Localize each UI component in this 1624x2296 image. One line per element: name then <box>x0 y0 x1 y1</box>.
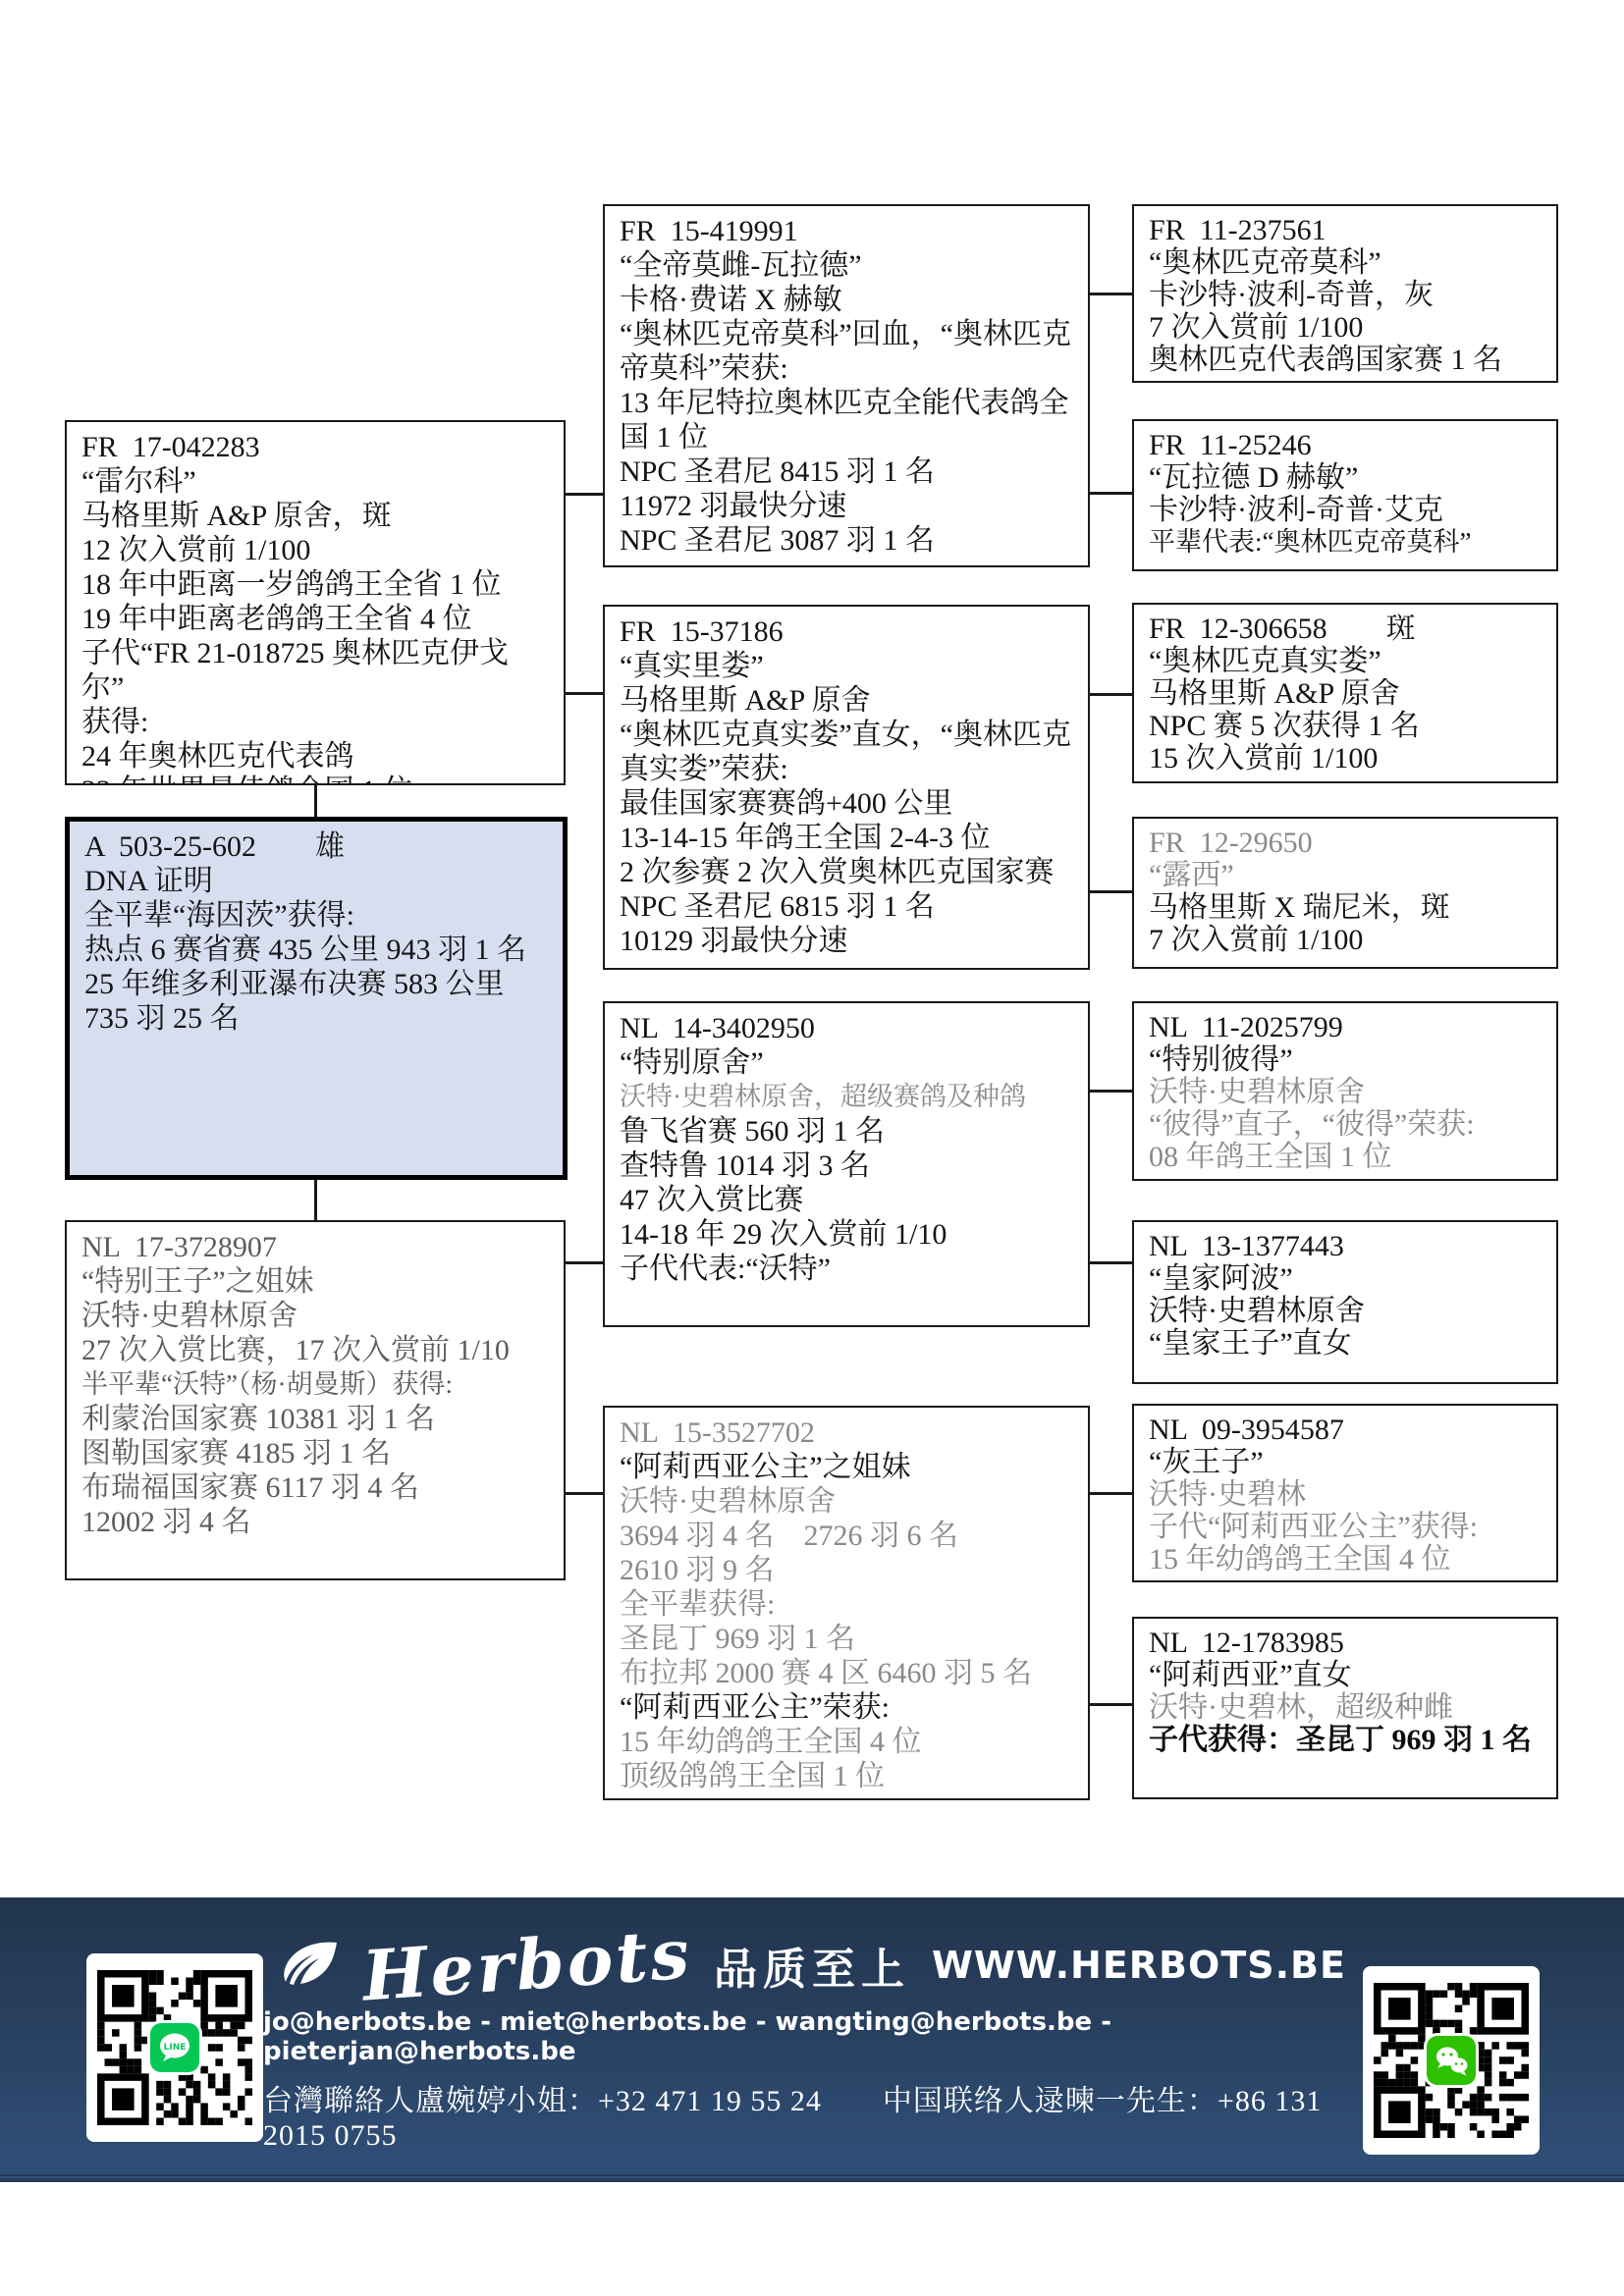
pedigree-line: “特别王子”之姐妹 <box>81 1264 549 1299</box>
pedigree-line: “特别原舍” <box>620 1045 1073 1080</box>
pedigree-line: FR 12-29650 <box>1149 827 1542 859</box>
connector-line <box>566 493 603 496</box>
pedigree-line: NPC 赛 5 次获得 1 名 <box>1149 710 1542 742</box>
pedigree-box-dam-dam-sire: NL 09-3954587“灰王子”沃特·史碧林子代“阿莉西亚公主”获得:15 … <box>1132 1404 1558 1582</box>
pedigree-line: 子代“FR 21-018725 奥林匹克伊戈尔” <box>81 636 549 705</box>
pedigree-line: 15 年幼鸽鸽王全国 4 位 <box>620 1725 1073 1759</box>
pedigree-line: 13-14-15 年鸽王全国 2-4-3 位 <box>620 821 1073 855</box>
brand-tagline: 品质至上 <box>714 1934 910 1997</box>
pedigree-box-sire-sire-sire: FR 11-237561“奥林匹克帝莫科”卡沙特·波利-奇普，灰7 次入赏前 1… <box>1132 204 1558 383</box>
pedigree-line: “奥林匹克真实娄” <box>1149 645 1542 677</box>
pedigree-line: NL 13-1377443 <box>1149 1230 1542 1262</box>
pedigree-box-subject: A 503-25-602 雄DNA 证明全平辈“海因茨”获得:热点 6 赛省赛 … <box>65 817 568 1180</box>
pedigree-line: NPC 圣君尼 8415 羽 1 名 <box>620 454 1073 489</box>
pedigree-line: 全平辈获得: <box>620 1587 1073 1622</box>
pedigree-line: A 503-25-602 雄 <box>84 829 548 864</box>
pedigree-line: 2 次参赛 2 次入赏奥林匹克国家赛 <box>620 855 1073 889</box>
pedigree-line: 沃特·史碧林原舍 <box>1149 1076 1542 1108</box>
line-icon: LINE <box>150 2023 199 2072</box>
pedigree-line: “皇家王子”直女 <box>1149 1327 1542 1360</box>
pedigree-line: “阿莉西亚”直女 <box>1149 1659 1542 1691</box>
pedigree-line: NL 14-3402950 <box>620 1011 1073 1045</box>
footer-center: Herbots 品质至上 WWW.HERBOTS.BE jo@herbots.b… <box>263 1897 1363 2182</box>
pedigree-line: 全平辈“海因茨”获得: <box>84 898 548 933</box>
pedigree-line: 查特鲁 1014 羽 3 名 <box>620 1148 1073 1183</box>
pedigree-line: 2610 羽 9 名 <box>620 1553 1073 1587</box>
pedigree-line: 24 年奥林匹克代表鸽 <box>81 739 549 774</box>
pedigree-line: 沃特·史碧林原舍 <box>620 1484 1073 1519</box>
pedigree-line: “特别彼得” <box>1149 1043 1542 1076</box>
pedigree-line: “阿莉西亚公主”之姐妹 <box>620 1450 1073 1484</box>
brand-row: Herbots 品质至上 WWW.HERBOTS.BE <box>280 1931 1346 2000</box>
connector-line <box>1090 1492 1132 1495</box>
connector-line <box>566 692 603 695</box>
pedigree-line: 马格里斯 X 瑞尼米，斑 <box>1149 891 1542 924</box>
connector-line <box>314 1180 317 1220</box>
pedigree-line: “奥林匹克帝莫科” <box>1149 246 1542 279</box>
footer: LINE Herbots 品质至上 WWW.HERBOTS.BE jo@herb… <box>0 1897 1624 2182</box>
pedigree-line: 沃特·史碧林，超级种雌 <box>1149 1691 1542 1724</box>
pedigree-line: FR 12-306658 斑 <box>1149 613 1542 645</box>
connector-line <box>1090 693 1132 696</box>
feather-icon <box>280 1939 341 1992</box>
contact-line: 台灣聯絡人盧婉婷小姐：+32 471 19 55 24 中国联络人逯暕一先生：+… <box>263 2076 1363 2153</box>
pedigree-line: 布拉邦 2000 赛 4 区 6460 羽 5 名 <box>620 1656 1073 1690</box>
email-list: jo@herbots.be - miet@herbots.be - wangti… <box>263 2007 1363 2066</box>
pedigree-line: 7 次入赏前 1/100 <box>1149 924 1542 956</box>
wechat-qr-code <box>1363 1966 1540 2155</box>
line-qr-code: LINE <box>86 1953 263 2142</box>
pedigree-line: 图勒国家赛 4185 羽 1 名 <box>81 1436 549 1470</box>
brand-logo: Herbots <box>360 1919 694 2010</box>
pedigree-line: FR 15-419991 <box>620 214 1073 248</box>
pedigree-line: 半平辈“沃特”（杨·胡曼斯）获得: <box>81 1367 549 1402</box>
pedigree-line: 马格里斯 A&P 原舍，斑 <box>81 499 549 533</box>
connector-line <box>314 785 317 817</box>
pedigree-line: FR 11-237561 <box>1149 214 1542 246</box>
pedigree-line: 利蒙治国家赛 10381 羽 1 名 <box>81 1402 549 1436</box>
pedigree-line: 卡沙特·波利-奇普，灰 <box>1149 279 1542 311</box>
pedigree-line: 子代“阿莉西亚公主”获得: <box>1149 1511 1542 1543</box>
pedigree-line: NL 11-2025799 <box>1149 1011 1542 1043</box>
pedigree-box-dam-sire-sire: NL 11-2025799“特别彼得”沃特·史碧林原舍“彼得”直子，“彼得”荣获… <box>1132 1001 1558 1181</box>
pedigree-line: “露西” <box>1149 859 1542 891</box>
pedigree-line: 3694 羽 4 名 2726 羽 6 名 <box>620 1519 1073 1553</box>
pedigree-line: 10129 羽最快分速 <box>620 924 1073 958</box>
pedigree-line: 获得: <box>81 705 549 739</box>
wechat-icon <box>1427 2036 1476 2085</box>
pedigree-line: 热点 6 赛省赛 435 公里 943 羽 1 名 <box>84 933 548 967</box>
pedigree-line: 马格里斯 A&P 原舍 <box>1149 677 1542 710</box>
connector-line <box>1090 1703 1132 1706</box>
pedigree-line: “奥林匹克帝莫科”回血，“奥林匹克帝莫科”荣获: <box>620 317 1073 386</box>
connector-line <box>1090 492 1132 495</box>
pedigree-line: 18 年中距离一岁鸽鸽王全省 1 位 <box>81 567 549 602</box>
pedigree-line: 卡沙特·波利-奇普·艾克 <box>1149 494 1542 526</box>
pedigree-box-sire-sire: FR 15-419991“全帝莫雌-瓦拉德”卡格·费诺 X 赫敏“奥林匹克帝莫科… <box>603 204 1090 567</box>
pedigree-line: 奥林匹克代表鸽国家赛 1 名 <box>1149 344 1542 376</box>
pedigree-line: 08 年鸽王全国 1 位 <box>1149 1141 1542 1173</box>
pedigree-line: 顶级鸽鸽王全国 1 位 <box>620 1759 1073 1793</box>
pedigree-line: 13 年尼特拉奥林匹克全能代表鸽全国 1 位 <box>620 386 1073 454</box>
pedigree-line: 25 年维多利亚瀑布决赛 583 公里 735 羽 25 名 <box>84 967 548 1036</box>
pedigree-line: “阿莉西亚公主”荣获: <box>620 1690 1073 1725</box>
pedigree-line: 7 次入赏前 1/100 <box>1149 311 1542 344</box>
pedigree-line: FR 17-042283 <box>81 430 549 464</box>
pedigree-line: 沃特·史碧林原舍 <box>81 1299 549 1333</box>
pedigree-line: DNA 证明 <box>84 864 548 898</box>
pedigree-line: 11972 羽最快分速 <box>620 489 1073 523</box>
pedigree-box-sire: FR 17-042283“雷尔科”马格里斯 A&P 原舍，斑12 次入赏前 1/… <box>65 420 566 785</box>
svg-text:LINE: LINE <box>164 2043 187 2053</box>
pedigree-line: “全帝莫雌-瓦拉德” <box>620 248 1073 283</box>
pedigree-box-sire-sire-dam: FR 11-25246“瓦拉德 D 赫敏”卡沙特·波利-奇普·艾克平辈代表:“奥… <box>1132 419 1558 571</box>
pedigree-box-dam-sire-dam: NL 13-1377443“皇家阿波”沃特·史碧林原舍“皇家王子”直女 <box>1132 1220 1558 1384</box>
pedigree-line: NL 09-3954587 <box>1149 1414 1542 1446</box>
pedigree-line: NPC 圣君尼 3087 羽 1 名 <box>620 523 1073 558</box>
pedigree-line: “彼得”直子，“彼得”荣获: <box>1149 1108 1542 1141</box>
pedigree-line: “奥林匹克真实娄”直女，“奥林匹克真实娄”荣获: <box>620 718 1073 786</box>
pedigree-line: 圣昆丁 969 羽 1 名 <box>620 1622 1073 1656</box>
pedigree-line: NPC 圣君尼 6815 羽 1 名 <box>620 889 1073 924</box>
pedigree-line: 鲁飞省赛 560 羽 1 名 <box>620 1114 1073 1148</box>
slogan: 贺伯特家族...秉持品质第一与诚实可靠，力求提供完美的服务! <box>263 2161 1363 2286</box>
pedigree-line: 15 年幼鸽鸽王全国 4 位 <box>1149 1543 1542 1575</box>
pedigree-line: FR 11-25246 <box>1149 429 1542 461</box>
pedigree-box-dam-dam-dam: NL 12-1783985“阿莉西亚”直女沃特·史碧林，超级种雌子代获得：圣昆丁… <box>1132 1617 1558 1799</box>
pedigree-line: 12002 羽 4 名 <box>81 1505 549 1539</box>
pedigree-line: 布瑞福国家赛 6117 羽 4 名 <box>81 1470 549 1505</box>
pedigree-line: 沃特·史碧林原舍，超级赛鸽及种鸽 <box>620 1080 1073 1114</box>
pedigree-line: 14-18 年 29 次入赏前 1/10 <box>620 1217 1073 1252</box>
pedigree-line: 沃特·史碧林 <box>1149 1478 1542 1511</box>
pedigree-line: 平辈代表:“奥林匹克帝莫科” <box>1149 526 1542 559</box>
pedigree-line: 27 次入赏比赛，17 次入赏前 1/10 <box>81 1333 549 1367</box>
pedigree-line: 15 次入赏前 1/100 <box>1149 742 1542 774</box>
pedigree-line: 沃特·史碧林原舍 <box>1149 1295 1542 1327</box>
pedigree-line: 子代代表:“沃特” <box>620 1252 1073 1286</box>
pedigree-box-dam-sire: NL 14-3402950“特别原舍”沃特·史碧林原舍，超级赛鸽及种鸽鲁飞省赛 … <box>603 1001 1090 1327</box>
pedigree-line: NL 12-1783985 <box>1149 1627 1542 1659</box>
connector-line <box>1090 890 1132 893</box>
pedigree-line: 最佳国家赛赛鸽+400 公里 <box>620 786 1073 821</box>
pedigree-line: “灰王子” <box>1149 1446 1542 1478</box>
pedigree-line: “真实里娄” <box>620 649 1073 683</box>
pedigree-box-dam: NL 17-3728907“特别王子”之姐妹沃特·史碧林原舍27 次入赏比赛，1… <box>65 1220 566 1580</box>
connector-line <box>1090 1261 1132 1264</box>
pedigree-line: FR 15-37186 <box>620 614 1073 649</box>
connector-line <box>1090 1090 1132 1093</box>
connector-line <box>566 1492 603 1495</box>
pedigree-line: 卡格·费诺 X 赫敏 <box>620 283 1073 317</box>
website-url: WWW.HERBOTS.BE <box>932 1944 1346 1987</box>
pedigree-line: 子代获得：圣昆丁 969 羽 1 名 <box>1149 1724 1542 1756</box>
pedigree-line: 47 次入赏比赛 <box>620 1183 1073 1217</box>
pedigree-line: 12 次入赏前 1/100 <box>81 533 549 567</box>
connector-line <box>566 1261 603 1264</box>
pedigree-line: “雷尔科” <box>81 464 549 499</box>
pedigree-box-sire-dam-sire: FR 12-306658 斑“奥林匹克真实娄”马格里斯 A&P 原舍NPC 赛 … <box>1132 603 1558 783</box>
pedigree-line: 23 年世界最佳鸽全国 1 位 <box>81 774 549 785</box>
pedigree-box-sire-dam-dam: FR 12-29650“露西”马格里斯 X 瑞尼米，斑7 次入赏前 1/100 <box>1132 817 1558 969</box>
pedigree-line: NL 17-3728907 <box>81 1230 549 1264</box>
pedigree-line: “皇家阿波” <box>1149 1262 1542 1295</box>
pedigree-line: 马格里斯 A&P 原舍 <box>620 683 1073 718</box>
pedigree-box-dam-dam: NL 15-3527702“阿莉西亚公主”之姐妹沃特·史碧林原舍3694 羽 4… <box>603 1406 1090 1800</box>
pedigree-line: 19 年中距离老鸽鸽王全省 4 位 <box>81 602 549 636</box>
connector-line <box>1090 293 1132 295</box>
pedigree-line: NL 15-3527702 <box>620 1415 1073 1450</box>
pedigree-box-sire-dam: FR 15-37186“真实里娄”马格里斯 A&P 原舍“奥林匹克真实娄”直女，… <box>603 605 1090 970</box>
pedigree-line: “瓦拉德 D 赫敏” <box>1149 461 1542 494</box>
pedigree-document: FR 17-042283“雷尔科”马格里斯 A&P 原舍，斑12 次入赏前 1/… <box>0 0 1624 2296</box>
